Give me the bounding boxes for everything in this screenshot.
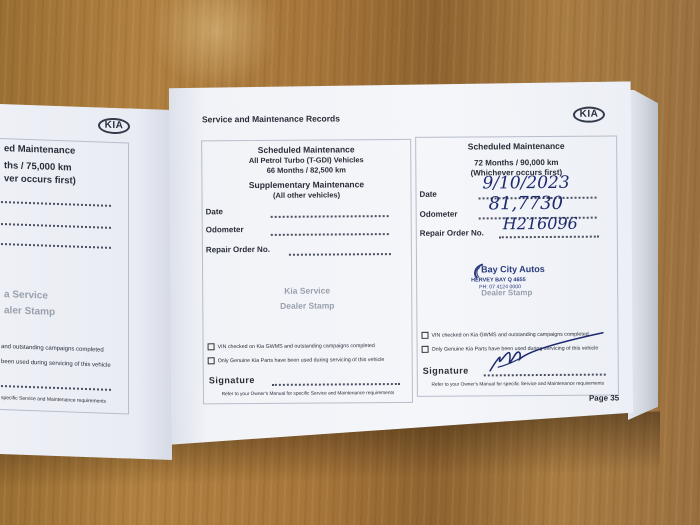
odometer-label: Odometer: [206, 225, 244, 234]
date-label: Date: [419, 190, 436, 199]
left-signature-line: [1, 385, 111, 391]
repair-order-field[interactable]: [289, 253, 391, 256]
signature-field[interactable]: [272, 383, 400, 386]
stamp-line2: Dealer Stamp: [481, 288, 532, 297]
checkbox[interactable]: [422, 346, 429, 353]
light-glare: [150, 0, 280, 90]
left-odometer-line: [1, 223, 111, 229]
left-date-line: [1, 201, 111, 207]
stamp-line2: Dealer Stamp: [203, 300, 411, 311]
left-stamp-line2: aler Stamp: [4, 305, 55, 318]
supplementary-subtitle: (All other vehicles): [202, 190, 410, 200]
left-repair-line: [1, 243, 111, 249]
left-record-box: ed Maintenance ths / 75,000 km ver occur…: [0, 137, 129, 414]
record-footer: Refer to your Owner's Manual for specifi…: [204, 391, 412, 397]
dealer-stamp: Bay City Autos HERVEY BAY Q 4655 PH: 07 …: [467, 263, 587, 304]
record-box-66-months: Scheduled Maintenance All Petrol Turbo (…: [201, 139, 413, 404]
genuine-parts-check-text: Only Genuine Kia Parts have been used du…: [218, 357, 385, 364]
date-label: Date: [206, 207, 223, 216]
page-number: Page 35: [589, 393, 619, 402]
stamp-line1: Kia Service: [203, 285, 411, 296]
left-check1-text: and outstanding campaigns completed: [1, 344, 104, 354]
record-title: Scheduled Maintenance: [416, 140, 616, 151]
signature-label: Signature: [423, 366, 469, 376]
right-page: Service and Maintenance Records KIA Sche…: [169, 81, 634, 444]
kia-logo: KIA: [98, 117, 130, 134]
record-title: Scheduled Maintenance: [202, 144, 410, 155]
repair-order-label: Repair Order No.: [206, 245, 270, 254]
record-subtitle: All Petrol Turbo (T-GDI) Vehicles: [202, 155, 410, 165]
vin-check[interactable]: VIN checked on Kia GWMS and outstanding …: [208, 342, 375, 350]
dealer-name: Bay City Autos: [481, 264, 545, 274]
dealer-address: HERVEY BAY Q 4655: [471, 277, 526, 283]
left-whichever: ver occurs first): [4, 173, 76, 187]
record-interval: 66 Months / 82,500 km: [202, 165, 410, 175]
page-header: Service and Maintenance Records: [202, 113, 340, 124]
handwritten-signature: [485, 331, 605, 376]
odometer-field[interactable]: [271, 233, 389, 236]
repair-order-label: Repair Order No.: [420, 228, 484, 237]
record-footer: Refer to your Owner's Manual for specifi…: [418, 381, 618, 387]
vin-check-text: VIN checked on Kia GWMS and outstanding …: [218, 343, 375, 350]
signature-label: Signature: [209, 375, 255, 385]
kia-logo: KIA: [573, 107, 605, 123]
odometer-value-handwritten: 81,7730: [489, 193, 564, 215]
odometer-label: Odometer: [420, 210, 458, 219]
checkbox[interactable]: [208, 357, 215, 364]
supplementary-title: Supplementary Maintenance: [202, 179, 410, 190]
left-footer: specific Service and Maintenance require…: [1, 395, 106, 405]
checkbox[interactable]: [208, 343, 215, 350]
checkbox[interactable]: [421, 332, 428, 339]
date-field[interactable]: [271, 215, 389, 218]
left-title: ed Maintenance: [4, 143, 75, 156]
left-interval: ths / 75,000 km: [4, 160, 72, 173]
genuine-parts-check[interactable]: Only Genuine Kia Parts have been used du…: [208, 356, 385, 364]
date-value-handwritten: 9/10/2023: [482, 173, 569, 194]
repair-order-field[interactable]: [499, 236, 599, 239]
repair-order-value-handwritten: H216096: [503, 214, 578, 234]
record-interval: 72 Months / 90,000 km: [416, 157, 616, 167]
record-box-72-months: Scheduled Maintenance 72 Months / 90,000…: [415, 135, 619, 396]
left-stamp-line1: a Service: [4, 289, 48, 302]
left-page: KIA ed Maintenance ths / 75,000 km ver o…: [0, 104, 172, 460]
left-check2-text: been used during servicing of this vehic…: [1, 359, 111, 369]
